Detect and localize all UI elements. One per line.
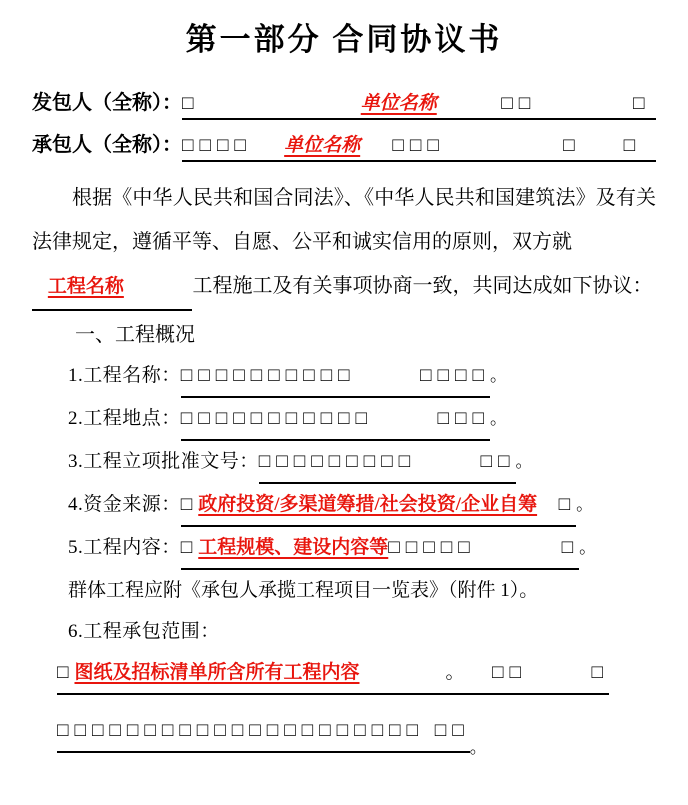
scope-blank-boxes-post: 。 □□ □ bbox=[360, 662, 609, 683]
item-contract-scope-label-row: 6.工程承包范围： bbox=[32, 611, 656, 652]
funding-blank-box-pre: □ bbox=[181, 494, 198, 515]
item-funding-source-blank[interactable]: □政府投资/多渠道筹措/社会投资/企业自筹 □ bbox=[181, 484, 576, 527]
employer-blank-boxes-pre: □ bbox=[182, 93, 361, 114]
item-project-content-blank[interactable]: □工程规模、建设内容等□□□□□ □ bbox=[181, 527, 579, 570]
project-name-blank[interactable]: 工程名称 bbox=[32, 265, 192, 311]
group-project-note: 群体工程应附《承包人承揽工程项目一览表》（附件 1）。 bbox=[32, 570, 656, 611]
item-project-location-blank[interactable]: □□□□□□□□□□□ □□□ bbox=[181, 398, 490, 441]
scope-blank-box-pre: □ bbox=[57, 662, 74, 683]
item-approval-number-period: 。 bbox=[516, 452, 533, 471]
contractor-name-blank[interactable]: □□□□ 单位名称 □□□ □ □ bbox=[182, 131, 656, 162]
item-funding-source: 4.资金来源：□政府投资/多渠道筹措/社会投资/企业自筹 □。 bbox=[32, 484, 656, 527]
project-name-blank-pre bbox=[32, 276, 48, 297]
contract-scope-row-1: □图纸及招标清单所含所有工程内容 。 □□ □ bbox=[32, 652, 656, 710]
item-project-location: 2.工程地点：□□□□□□□□□□□ □□□。 bbox=[32, 398, 656, 441]
item-funding-source-period: 。 bbox=[576, 495, 593, 514]
funding-placeholder-options: 政府投资/多渠道筹措/社会投资/企业自筹 bbox=[198, 494, 537, 515]
item-project-content: 5.工程内容：□工程规模、建设内容等□□□□□ □。 bbox=[32, 527, 656, 570]
item-project-name-period: 。 bbox=[490, 366, 507, 385]
employer-blank-boxes-post: □□ □ □ □ bbox=[437, 93, 656, 114]
item-funding-source-label: 4.资金来源： bbox=[68, 494, 181, 515]
employer-label: 发包人（全称）： bbox=[32, 89, 182, 118]
item-project-content-period: 。 bbox=[579, 538, 596, 557]
item-project-location-period: 。 bbox=[490, 409, 507, 428]
scope-placeholder-drawings: 图纸及招标清单所含所有工程内容 bbox=[74, 662, 359, 683]
funding-blank-box-post: □ bbox=[537, 494, 576, 515]
item-approval-number: 3.工程立项批准文号：□□□□□□□□□ □□。 bbox=[32, 441, 656, 484]
content-blank-box-pre: □ bbox=[181, 537, 198, 558]
item-project-content-label: 5.工程内容： bbox=[68, 537, 181, 558]
contract-document-page: 第一部分 合同协议书 发包人（全称）：□ 单位名称 □□ □ □ □ 承包人（全… bbox=[0, 0, 688, 805]
item-project-name-label: 1.工程名称： bbox=[68, 365, 181, 386]
item-approval-number-label: 3.工程立项批准文号： bbox=[68, 451, 259, 472]
contract-scope-period: 。 bbox=[470, 738, 487, 757]
document-title: 第一部分 合同协议书 bbox=[32, 14, 656, 59]
item-project-name-blank[interactable]: □□□□□□□□□□ □□□□ bbox=[181, 355, 490, 398]
content-blank-boxes-post: □□□□□ □ bbox=[388, 537, 579, 558]
item-project-name: 1.工程名称：□□□□□□□□□□ □□□□。 bbox=[32, 355, 656, 398]
contractor-blank-boxes-post: □□□ □ □ bbox=[360, 135, 641, 156]
item-contract-scope-label: 6.工程承包范围： bbox=[68, 621, 220, 642]
contractor-placeholder-unit-name: 单位名称 bbox=[284, 135, 360, 156]
contractor-label: 承包人（全称）： bbox=[32, 131, 182, 160]
section-heading-project-overview: 一、工程概况 bbox=[32, 315, 656, 355]
employer-line: 发包人（全称）：□ 单位名称 □□ □ □ □ bbox=[32, 89, 656, 120]
preamble-paragraph: 根据《中华人民共和国合同法》、《中华人民共和国建筑法》及有关法律规定，遵循平等、… bbox=[32, 176, 656, 264]
contract-scope-blank-2[interactable]: □□□□□□□□□□□□□□□□□□□□□ □□ bbox=[57, 710, 470, 753]
project-name-blank-post bbox=[124, 276, 193, 297]
contractor-blank-boxes-pre: □□□□ bbox=[182, 135, 284, 156]
contractor-line: 承包人（全称）：□□□□ 单位名称 □□□ □ □ bbox=[32, 131, 656, 162]
item-project-location-label: 2.工程地点： bbox=[68, 408, 181, 429]
employer-placeholder-unit-name: 单位名称 bbox=[361, 93, 437, 114]
project-name-paragraph: 工程名称 工程施工及有关事项协商一致，共同达成如下协议： bbox=[32, 264, 656, 311]
item-approval-number-blank[interactable]: □□□□□□□□□ □□ bbox=[259, 441, 516, 484]
content-placeholder-scale: 工程规模、建设内容等 bbox=[198, 537, 388, 558]
contract-scope-blank-1[interactable]: □图纸及招标清单所含所有工程内容 。 □□ □ bbox=[57, 652, 609, 695]
preamble-tail-text: 工程施工及有关事项协商一致，共同达成如下协议： bbox=[192, 275, 652, 297]
project-name-placeholder: 工程名称 bbox=[48, 276, 124, 297]
employer-name-blank[interactable]: □ 单位名称 □□ □ □ □ bbox=[182, 89, 656, 120]
contract-scope-row-2: □□□□□□□□□□□□□□□□□□□□□ □□。 bbox=[32, 710, 656, 768]
